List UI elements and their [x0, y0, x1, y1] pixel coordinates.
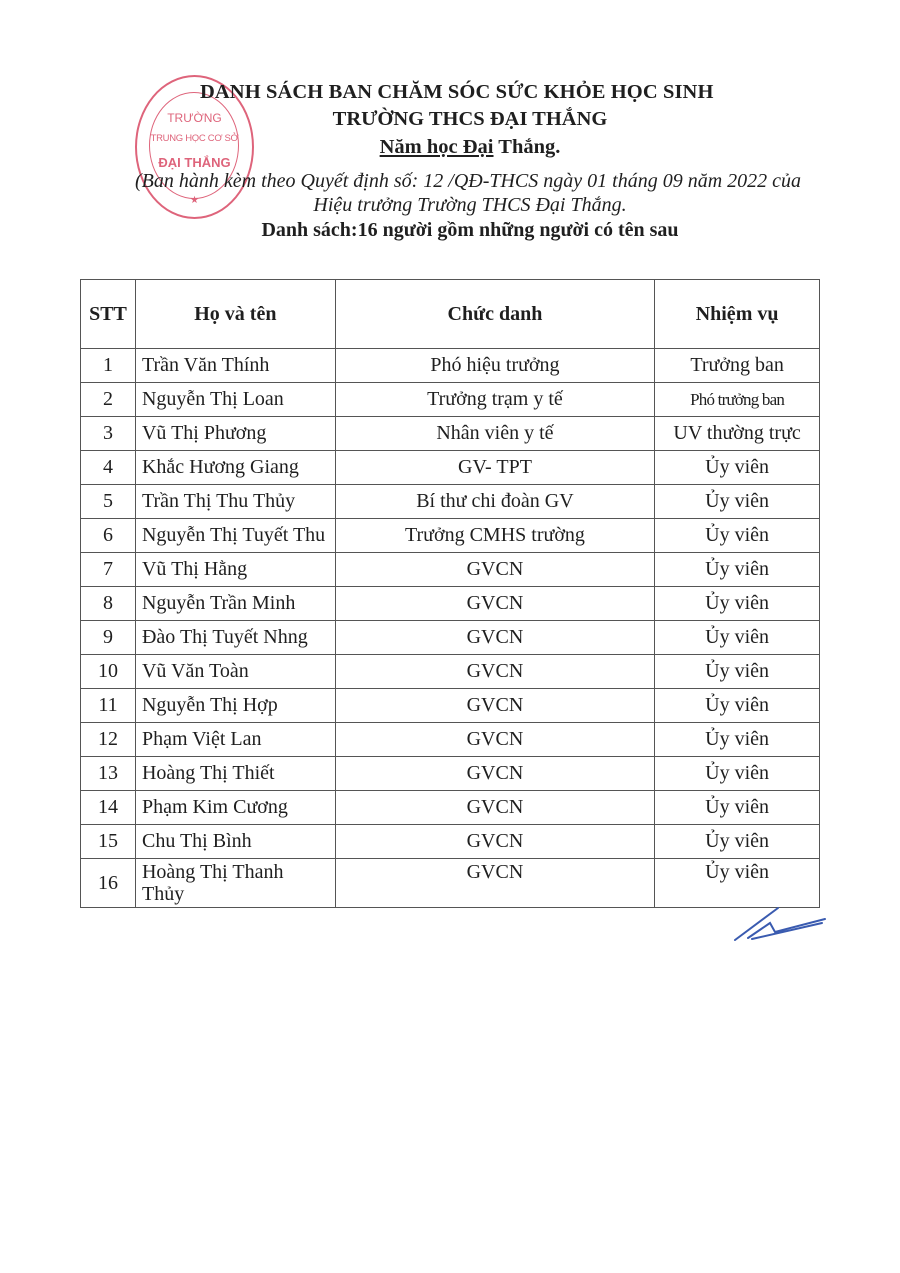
row-stt: 1 — [81, 349, 136, 383]
row-stt: 12 — [81, 723, 136, 757]
decision-reference: (Ban hành kèm theo Quyết định số: 12 /QĐ… — [135, 169, 835, 193]
row-stt: 5 — [81, 485, 136, 519]
row-title: Trưởng trạm y tế — [335, 383, 654, 417]
row-name: Nguyễn Trần Minh — [135, 587, 335, 621]
row-name: Hoàng Thị Thiết — [135, 757, 335, 791]
row-title: GVCN — [335, 655, 654, 689]
row-name: Phạm Kim Cương — [135, 791, 335, 825]
row-stt: 2 — [81, 383, 136, 417]
row-stt: 7 — [81, 553, 136, 587]
row-name: Phạm Việt Lan — [135, 723, 335, 757]
header-title: Chức danh — [335, 280, 654, 349]
header-stt: STT — [81, 280, 136, 349]
table-header-row: STT Họ và tên Chức danh Nhiệm vụ — [81, 280, 820, 349]
table-row: 14Phạm Kim CươngGVCNỦy viên — [81, 791, 820, 825]
row-name: Nguyễn Thị Hợp — [135, 689, 335, 723]
row-name: Vũ Thị Phương — [135, 417, 335, 451]
table-row: 11Nguyễn Thị HợpGVCNỦy viên — [81, 689, 820, 723]
table-row: 13Hoàng Thị ThiếtGVCNỦy viên — [81, 757, 820, 791]
row-duty: Ủy viên — [655, 723, 820, 757]
row-duty: Ủy viên — [655, 655, 820, 689]
row-stt: 10 — [81, 655, 136, 689]
row-title: GVCN — [335, 757, 654, 791]
list-count: Danh sách:16 người gồm những người có tê… — [20, 219, 900, 242]
row-duty: Ủy viên — [655, 689, 820, 723]
row-title: GVCN — [335, 825, 654, 859]
row-name: Nguyễn Thị Loan — [135, 383, 335, 417]
table-row: 4Khắc Hương GiangGV- TPTỦy viên — [81, 451, 820, 485]
row-duty: Ủy viên — [655, 587, 820, 621]
row-stt: 8 — [81, 587, 136, 621]
row-title: GVCN — [335, 587, 654, 621]
row-duty: Ủy viên — [655, 553, 820, 587]
row-name: Chu Thị Bình — [135, 825, 335, 859]
header-duty: Nhiệm vụ — [655, 280, 820, 349]
row-name: Vũ Văn Toàn — [135, 655, 335, 689]
row-stt: 16 — [81, 859, 136, 908]
row-duty: Ủy viên — [655, 621, 820, 655]
row-duty: Trưởng ban — [655, 349, 820, 383]
row-stt: 13 — [81, 757, 136, 791]
row-name: Vũ Thị Hằng — [135, 553, 335, 587]
row-name: Đào Thị Tuyết Nhng — [135, 621, 335, 655]
row-duty: Phó trưởng ban — [655, 383, 820, 417]
header-name: Họ và tên — [135, 280, 335, 349]
table-row: 1Trần Văn ThínhPhó hiệu trưởngTrưởng ban — [81, 349, 820, 383]
row-stt: 3 — [81, 417, 136, 451]
table-row: 2Nguyễn Thị LoanTrưởng trạm y tếPhó trưở… — [81, 383, 820, 417]
row-name: Trần Văn Thính — [135, 349, 335, 383]
row-stt: 11 — [81, 689, 136, 723]
row-name: Khắc Hương Giang — [135, 451, 335, 485]
school-year-suffix: Thắng. — [494, 136, 561, 158]
row-name: Trần Thị Thu Thủy — [135, 485, 335, 519]
row-title: Bí thư chi đoàn GV — [335, 485, 654, 519]
row-duty: Ủy viên — [655, 825, 820, 859]
table-row: 6Nguyễn Thị Tuyết ThuTrưởng CMHS trườngỦ… — [81, 519, 820, 553]
signature-icon — [730, 905, 830, 945]
row-duty: Ủy viên — [655, 791, 820, 825]
row-stt: 6 — [81, 519, 136, 553]
member-table: STT Họ và tên Chức danh Nhiệm vụ 1Trần V… — [80, 279, 820, 908]
table-row: 8Nguyễn Trần MinhGVCNỦy viên — [81, 587, 820, 621]
school-year-prefix: Năm học Đại — [380, 136, 494, 158]
decision-issuer: Hiệu trưởng Trường THCS Đại Thắng. — [20, 193, 900, 217]
table-row: 15Chu Thị BìnhGVCNỦy viên — [81, 825, 820, 859]
row-title: GV- TPT — [335, 451, 654, 485]
row-title: GVCN — [335, 791, 654, 825]
row-duty: Ủy viên — [655, 757, 820, 791]
table-row: 10Vũ Văn ToànGVCNỦy viên — [81, 655, 820, 689]
table-row: 7Vũ Thị HằngGVCNỦy viên — [81, 553, 820, 587]
row-title: Trưởng CMHS trường — [335, 519, 654, 553]
row-title: Nhân viên y tế — [335, 417, 654, 451]
row-duty: Ủy viên — [655, 451, 820, 485]
row-stt: 15 — [81, 825, 136, 859]
row-stt: 9 — [81, 621, 136, 655]
row-duty: UV thường trực — [655, 417, 820, 451]
row-name: Hoàng Thị Thanh Thủy — [135, 859, 335, 908]
row-duty: Ủy viên — [655, 519, 820, 553]
row-title: GVCN — [335, 859, 654, 908]
table-row: 12Phạm Việt LanGVCNỦy viên — [81, 723, 820, 757]
row-title: GVCN — [335, 621, 654, 655]
row-duty: Ủy viên — [655, 485, 820, 519]
row-name: Nguyễn Thị Tuyết Thu — [135, 519, 335, 553]
row-title: GVCN — [335, 689, 654, 723]
school-name: TRƯỜNG THCS ĐẠI THẮNG — [20, 107, 900, 131]
row-title: GVCN — [335, 553, 654, 587]
table-row: 3Vũ Thị PhươngNhân viên y tếUV thường tr… — [81, 417, 820, 451]
table-row: 9Đào Thị Tuyết NhngGVCNỦy viên — [81, 621, 820, 655]
row-duty: Ủy viên — [655, 859, 820, 908]
document-title: DANH SÁCH BAN CHĂM SÓC SỨC KHỎE HỌC SINH — [200, 80, 730, 104]
table-row: 5Trần Thị Thu ThủyBí thư chi đoàn GVỦy v… — [81, 485, 820, 519]
row-title: Phó hiệu trưởng — [335, 349, 654, 383]
row-stt: 14 — [81, 791, 136, 825]
table-row: 16Hoàng Thị Thanh ThủyGVCNỦy viên — [81, 859, 820, 908]
school-year: Năm học Đại Thắng. — [20, 135, 900, 159]
row-stt: 4 — [81, 451, 136, 485]
row-title: GVCN — [335, 723, 654, 757]
